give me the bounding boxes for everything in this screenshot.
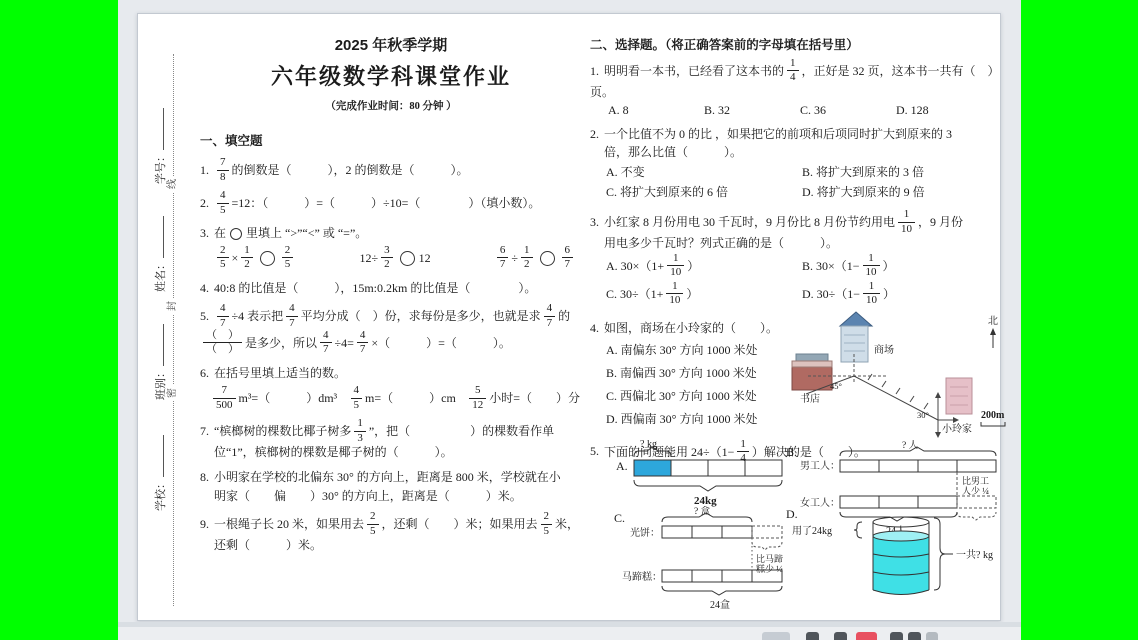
fill-in-column: 2025 年秋季学期 六年级数学科课堂作业 （完成作业时间：80 分钟 ） 一、… xyxy=(200,34,582,554)
fraction: 25 xyxy=(217,245,229,271)
unit-conversions: 7500m³=（ ）dm³ 45m=（ ）cm 512小时=（ ）分 xyxy=(200,382,582,412)
seal-char-line: 线 xyxy=(166,176,180,192)
q-text: 的倒数是（ ），2 的倒数是（ ）。 xyxy=(232,163,469,177)
liquid-surface xyxy=(873,531,929,541)
dashed-extension xyxy=(752,526,782,538)
q-number: 8. xyxy=(200,470,209,484)
bottom-brace xyxy=(634,480,782,491)
q-text: m=（ ）cm xyxy=(365,391,456,405)
school-field: 学校： xyxy=(152,418,168,528)
dark-tool-icon[interactable] xyxy=(806,632,819,640)
fraction: 7500 xyxy=(213,385,236,411)
gray-tool-icon[interactable] xyxy=(926,632,938,640)
operand: 12÷ xyxy=(360,251,379,265)
seal-dotted-line xyxy=(173,54,174,606)
note-line2: 人少 ¼ xyxy=(962,485,989,496)
dark-tool-icon[interactable] xyxy=(834,632,847,640)
option-d: D. 128 xyxy=(896,103,992,119)
q-text: 米， xyxy=(555,517,579,531)
figure-tag: C. xyxy=(614,511,625,525)
fill-q3: 3.在里填上 “>”“<” 或 “=”。 25×1225 12÷3212 67÷… xyxy=(200,224,582,272)
bookstore-awning-icon xyxy=(792,361,832,367)
compare-circle-icon xyxy=(540,251,555,266)
q-number: 3. xyxy=(200,226,209,240)
gray-pill-icon[interactable] xyxy=(762,632,790,640)
fraction: 78 xyxy=(217,157,229,183)
fill-q1: 1.78的倒数是（ ），2 的倒数是（ ）。 xyxy=(200,158,582,184)
q-text: ÷4 表示把 xyxy=(232,309,284,323)
q-text: 是多少，所以 xyxy=(245,335,317,349)
figure-tag: A. xyxy=(616,459,628,473)
q-number: 2. xyxy=(200,196,209,210)
class-label: 班别： xyxy=(155,367,167,400)
q-number: 2. xyxy=(590,127,599,141)
q-text: 如图，商场在小玲家的（ ）。 xyxy=(604,321,778,335)
bookstore-label: 书店 xyxy=(800,392,820,405)
north-arrowhead xyxy=(990,328,996,335)
option-d: D. 将扩大到原来的 9 倍 xyxy=(802,183,1010,201)
bookstore-roof-icon xyxy=(796,354,828,361)
note-line2: 糕少 ¼ xyxy=(756,563,783,574)
option-b: B. 32 xyxy=(704,103,800,119)
fill-q7: 7.“槟榔树的棵数比椰子树多13”，把（ ）的棵数看作单 位“1”，槟榔树的棵数… xyxy=(200,419,582,461)
row1-label: 光饼： xyxy=(630,526,660,539)
choice-q3: 3.小红家 8 月份用电 30 千瓦时，9 月份比 8 月份节约用电110，9 … xyxy=(590,210,1010,308)
scale-label: 200m xyxy=(981,410,1005,421)
liquid-fill xyxy=(873,536,929,595)
direction-map-figure: 商场 书店 45° 30° 小玲家 xyxy=(778,310,1013,438)
compare-circle-icon xyxy=(260,251,275,266)
option-c: C. 将扩大到原来的 6 倍 xyxy=(606,183,802,201)
q-text: “槟榔树的棵数比椰子树多 xyxy=(214,424,351,438)
choice-q2: 2.一个比值不为 0 的比 ，如果把它的前项和后项同时扩大到原来的 3 倍，那么… xyxy=(590,125,1010,201)
total-label: 一共? kg xyxy=(956,548,993,561)
q-text: ，9 月份 xyxy=(918,215,963,229)
student-id-label: 学号： xyxy=(155,151,167,184)
dark-tool-icon[interactable] xyxy=(908,632,921,640)
q-text: ，还剩（ ）米；如果用去 xyxy=(382,517,538,531)
q-number: 4. xyxy=(200,281,209,295)
route-ticks xyxy=(868,374,928,409)
fraction: 67 xyxy=(562,245,574,271)
fraction: 45 xyxy=(351,385,363,411)
option-a: A. 8 xyxy=(608,103,704,119)
fraction: 67 xyxy=(497,245,509,271)
option-b: B. 30×（1−110） xyxy=(802,254,1010,280)
figure-tag: B. xyxy=(786,445,797,459)
expression: 7500m³=（ ）dm³ xyxy=(210,386,337,412)
q-text: 小时=（ ）分 xyxy=(489,391,580,405)
fraction: 12 xyxy=(241,245,253,271)
cylinder-top-rim xyxy=(873,517,929,527)
fraction: 47 xyxy=(286,303,298,329)
expression: 25×1225 xyxy=(214,246,296,272)
fraction: 110 xyxy=(863,253,880,279)
fraction: 25 xyxy=(282,245,294,271)
record-icon[interactable] xyxy=(856,632,877,640)
q-number: 6. xyxy=(200,366,209,380)
guangbing-bar xyxy=(662,526,752,538)
fraction: 110 xyxy=(666,281,683,307)
q-text: ÷4= xyxy=(335,335,354,349)
q-text: 小红家 8 月份用电 30 千瓦时，9 月份比 8 月份节约用电 xyxy=(604,215,895,229)
bar-filled-quarter xyxy=(634,460,671,476)
top-bracket-label: ? 人 xyxy=(902,439,919,451)
name-field: 姓名： xyxy=(152,199,168,309)
fraction: 25 xyxy=(367,511,379,537)
fraction: 110 xyxy=(863,281,880,307)
q-number: 1. xyxy=(200,163,209,177)
bar-figure-a: A. ? kg 24kg xyxy=(616,438,788,510)
row1-label: 男工人： xyxy=(800,459,840,472)
name-label: 姓名： xyxy=(155,259,167,292)
section1-title: 一、填空题 xyxy=(200,132,582,151)
right-brace xyxy=(934,518,945,590)
dark-tool-icon[interactable] xyxy=(890,632,903,640)
q-text: 在 xyxy=(214,226,226,240)
q-text: 倍，那么比值（ ）。 xyxy=(590,145,742,159)
class-field: 班别： xyxy=(152,307,168,417)
fraction: 110 xyxy=(898,209,915,235)
time-note: （完成作业时间：80 分钟 ） xyxy=(200,99,582,115)
option-a: A. 30×（1+110） xyxy=(606,254,802,280)
fraction: 110 xyxy=(667,253,684,279)
q-text: 小明家在学校的北偏东 30° 的方向上，距离是 800 米，学校就在小 xyxy=(214,470,561,484)
option-c: C. 30÷（1+110） xyxy=(606,282,802,308)
choice-q1: 1.明明看一本书，已经看了这本书的14，正好是 32 页，这本书一共有（ ）页。… xyxy=(590,59,1010,119)
q-text: 明明看一本书，已经看了这本书的 xyxy=(604,64,784,78)
north-label: 北 xyxy=(988,315,998,327)
compare-circle-icon xyxy=(400,251,415,266)
q-text: 明家（ 偏 ）30° 的方向上，距离是（ ）米。 xyxy=(200,489,522,503)
option-c: C. 36 xyxy=(800,103,896,119)
mall-label: 商场 xyxy=(874,343,894,356)
q-text: ×（ ）=（ ）。 xyxy=(371,335,511,349)
option-text: D. 30÷（1− xyxy=(802,287,860,301)
seal-char-feng: 封 xyxy=(166,298,180,314)
fraction: 14 xyxy=(787,58,799,84)
option-text: ） xyxy=(883,259,895,273)
fill-q5: 5.47÷4 表示把47平均分成（ ）份，求每份是多少，也就是求47的（ ）（ … xyxy=(200,304,582,356)
viewer-window: 线 封 密 学号： 姓名： 班别： 学校： 2025 年秋季学期 六年级数学科课… xyxy=(118,0,1021,640)
operand: 12 xyxy=(419,251,431,265)
term-heading: 2025 年秋季学期 xyxy=(200,34,582,57)
fraction: 13 xyxy=(354,418,366,444)
used-label: 用了24kg xyxy=(792,525,832,537)
option-text: B. 30×（1− xyxy=(802,259,860,273)
expression: 45m=（ ）cm xyxy=(348,386,456,412)
figure-tag: D. xyxy=(786,507,798,521)
q-text: m³=（ ）dm³ xyxy=(239,391,338,405)
fraction: 512 xyxy=(469,385,486,411)
note-line1: 比马蹄 xyxy=(756,553,783,564)
fraction-blank: （ ）（ ） xyxy=(203,330,242,356)
page-title: 六年级数学科课堂作业 xyxy=(200,60,582,94)
option-text: C. 30÷（1+ xyxy=(606,287,663,301)
student-id-field: 学号： xyxy=(152,91,168,201)
fraction: 47 xyxy=(357,330,369,356)
q-text: 一个比值不为 0 的比 ，如果把它的前项和后项同时扩大到原来的 3 xyxy=(604,127,952,141)
section2-title: 二、选择题。（将正确答案前的字母填在括号里） xyxy=(590,36,1010,55)
bottom-bracket-label: 24盒 xyxy=(710,599,730,611)
arrowhead-up xyxy=(935,392,941,398)
options-grid: A. 30×（1+110） B. 30×（1−110） C. 30÷（1+110… xyxy=(590,254,1010,308)
fill-q2: 2.45=12：（ ）=（ ）÷10=（ ）（填小数）。 xyxy=(200,191,582,217)
fill-q8: 8.小明家在学校的北偏东 30° 的方向上，距离是 800 米，学校就在小 明家… xyxy=(200,468,582,505)
left-brace xyxy=(854,522,862,538)
options-grid: A. 不变 B. 将扩大到原来的 3 倍 C. 将扩大到原来的 6 倍 D. 将… xyxy=(590,163,1010,201)
bar-figure-c: C. ? 盒 光饼： 比马蹄 糕少 ¼ 马蹄糕： 24盒 xyxy=(614,506,802,612)
q-text: 位“1”，槟榔树的棵数是椰子树的（ ）。 xyxy=(200,445,453,459)
fraction: 47 xyxy=(544,303,556,329)
option-text: ） xyxy=(883,287,895,301)
q-text: 在括号里填上适当的数。 xyxy=(214,366,346,380)
q-text: 一根绳子长 20 米，如果用去 xyxy=(214,517,364,531)
q-number: 1. xyxy=(590,64,599,78)
name-blank-line xyxy=(153,216,164,258)
seal-char-mi: 密 xyxy=(166,385,180,401)
q-text: =12：（ ）=（ ）÷10=（ ）（填小数）。 xyxy=(232,196,541,210)
q-number: 5. xyxy=(200,309,209,323)
expression: 67÷1267 xyxy=(494,246,576,272)
q-number: 3. xyxy=(590,215,599,229)
q-text: 里填上 “>”“<” 或 “=”。 xyxy=(246,226,367,240)
q-number: 5. xyxy=(590,444,599,458)
option-d: D. 30÷（1−110） xyxy=(802,282,1010,308)
q-text: 还剩（ ）米。 xyxy=(200,538,322,552)
q-number: 4. xyxy=(590,321,599,335)
school-label: 学校： xyxy=(155,478,167,511)
scale-bar-icon xyxy=(981,422,1005,426)
options-row: A. 8 B. 32 C. 36 D. 128 xyxy=(590,103,1010,119)
option-text: A. 30×（1+ xyxy=(606,259,664,273)
fill-q9: 9.一根绳子长 20 米，如果用去25，还剩（ ）米；如果用去25米， 还剩（ … xyxy=(200,512,582,554)
arrowhead-right xyxy=(953,417,959,423)
angle-45-label: 45° xyxy=(830,381,842,391)
fill-q6: 6.在括号里填上适当的数。 7500m³=（ ）dm³ 45m=（ ）cm 51… xyxy=(200,364,582,413)
q-number: 9. xyxy=(200,517,209,531)
mall-roof-icon xyxy=(840,312,872,326)
student-id-blank-line xyxy=(153,108,164,150)
expression: 12÷3212 xyxy=(360,246,431,272)
operator: × xyxy=(232,251,239,265)
expression: 512小时=（ ）分 xyxy=(466,386,580,412)
operator: ÷ xyxy=(511,251,518,265)
option-text: ） xyxy=(686,287,698,301)
class-blank-line xyxy=(153,324,164,366)
q-text: 40:8 的比值是（ ），15m:0.2km 的比值是（ ）。 xyxy=(214,281,536,295)
note-line1: 比男工 xyxy=(962,475,989,486)
fraction: 12 xyxy=(521,245,533,271)
fill-q4: 4.40:8 的比值是（ ），15m:0.2km 的比值是（ ）。 xyxy=(200,279,582,298)
bottom-brace xyxy=(662,586,782,595)
cylinder-figure-d: D. 用了24kg 一共? kg xyxy=(786,502,998,606)
q-text: 用电多少千瓦时？列式正确的是（ ）。 xyxy=(590,236,838,250)
option-b: B. 将扩大到原来的 3 倍 xyxy=(802,163,1010,181)
floating-toolbar xyxy=(118,632,1021,640)
q-text: ”，把（ ）的棵数看作单 xyxy=(369,424,554,438)
document-page: 线 封 密 学号： 姓名： 班别： 学校： 2025 年秋季学期 六年级数学科课… xyxy=(137,13,1001,621)
fraction: 47 xyxy=(320,330,332,356)
blank-circle-icon xyxy=(230,228,242,240)
option-text: ） xyxy=(687,259,699,273)
fraction: 25 xyxy=(541,511,553,537)
q-text: 平均分成（ ）份，求每份是多少，也就是求 xyxy=(301,309,541,323)
home-label: 小玲家 xyxy=(942,422,972,435)
q-number: 7. xyxy=(200,424,209,438)
fraction: 45 xyxy=(217,190,229,216)
compare-expressions: 25×1225 12÷3212 67÷1267 xyxy=(200,243,582,272)
fraction: 47 xyxy=(217,303,229,329)
angle-30-label: 30° xyxy=(917,410,929,420)
option-a: A. 不变 xyxy=(606,163,802,181)
fraction: 32 xyxy=(381,245,393,271)
row2-label: 马蹄糕： xyxy=(622,570,662,583)
school-blank-line xyxy=(153,435,164,477)
dashed-brace xyxy=(752,542,782,550)
q-text: 的 xyxy=(558,309,570,323)
